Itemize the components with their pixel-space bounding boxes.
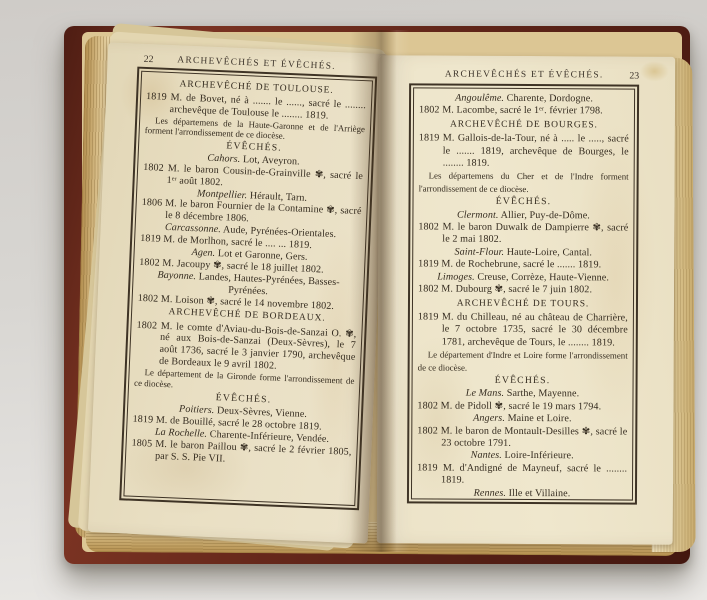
left-text-frame: ARCHEVÊCHÉ DE TOULOUSE.1819 M. de Bovet,… — [119, 67, 377, 511]
diocese-departments: Lot, Aveyron. — [240, 154, 300, 167]
diocese-name: Rennes. — [474, 487, 506, 498]
left-page: 22 ARCHEVÊCHÉS ET ÉVÊCHÉS. ARCHEVÊCHÉ DE… — [88, 42, 388, 543]
right-running-head: ARCHEVÊCHÉS ET ÉVÊCHÉS. — [445, 70, 604, 81]
entry-line: 1819 M. de Rochebrune, sacré le ....... … — [418, 259, 628, 273]
entry-line: 1819 M. Gallois-de-la-Tour, né à ..... l… — [419, 133, 629, 171]
diocese-line: Angoulême. Charente, Dordogne. — [419, 92, 629, 106]
diocese-name: Saint-Flour. — [454, 246, 504, 257]
diocese-name: Angoulême. — [455, 93, 504, 104]
diocese-departments: Allier, Puy-de-Dôme. — [498, 210, 589, 221]
diocese-line: Le Mans. Sarthe, Mayenne. — [417, 388, 627, 402]
diocese-departments: Ille et Villaine. — [506, 487, 570, 498]
entry-line: 1819 M. du Chilleau, né au château de Ch… — [418, 311, 628, 349]
entry-line: 1802 M. Lacombe, sacré le 1ᵉʳ. février 1… — [419, 105, 629, 119]
entry-line: 1805 M. Enoch ✾, sacré le 21 avril 1805. — [417, 499, 627, 500]
diocese-line: Clermont. Allier, Puy-de-Dôme. — [418, 209, 628, 223]
right-text-frame: Angoulême. Charente, Dordogne.1802 M. La… — [407, 83, 639, 504]
diocese-departments: Charente, Dordogne. — [504, 93, 593, 104]
diocese-departments: Loire-Inférieure. — [502, 450, 574, 461]
diocese-departments: Creuse, Corrèze, Haute-Vienne. — [475, 271, 609, 283]
diocese-name: La Rochelle. — [155, 427, 208, 440]
diocese-name: Poitiers. — [179, 404, 215, 416]
photo-background: 22 ARCHEVÊCHÉS ET ÉVÊCHÉS. ARCHEVÊCHÉ DE… — [0, 0, 707, 600]
entry-line: 1802 M. de Pidoll ✾, sacré le 19 mars 17… — [417, 400, 627, 414]
diocese-departments: Haute-Loire, Cantal. — [504, 247, 592, 258]
eveches-heading: ÉVÊCHÉS. — [418, 373, 628, 389]
diocese-line: Limoges. Creuse, Corrèze, Haute-Vienne. — [418, 271, 628, 285]
left-text-block: ARCHEVÊCHÉ DE TOULOUSE.1819 M. de Bovet,… — [123, 71, 373, 506]
note-line: Le département d'Indre et Loire forme l'… — [418, 349, 628, 375]
diocese-departments: Maine et Loire. — [505, 413, 572, 424]
diocese-name: Nantes. — [471, 450, 502, 461]
right-page-number: 23 — [629, 71, 639, 82]
diocese-name: Cahors. — [207, 152, 240, 164]
diocese-name: Limoges. — [437, 271, 475, 282]
right-page: ARCHEVÊCHÉS ET ÉVÊCHÉS. 23 Angoulême. Ch… — [377, 55, 676, 545]
diocese-name: Agen. — [191, 247, 215, 259]
diocese-name: Le Mans. — [466, 388, 504, 399]
diocese-name: Montpellier. — [197, 188, 248, 201]
diocese-name: Bayonne. — [157, 269, 196, 282]
diocese-line: Angers. Maine et Loire. — [417, 413, 627, 427]
diocese-name: Clermont. — [457, 209, 499, 220]
entry-line: 1802 M. le baron de Montault-Desilles ✾,… — [417, 425, 627, 451]
diocese-line: Nantes. Loire-Inférieure. — [417, 450, 627, 464]
entry-line: 1819 M. d'Andigné de Mayneuf, sacré le .… — [417, 462, 627, 488]
left-page-number: 22 — [143, 54, 153, 65]
diocese-line: Rennes. Ille et Villaine. — [417, 487, 627, 501]
eveches-heading: ÉVÊCHÉS. — [418, 195, 628, 211]
right-text-block: Angoulême. Charente, Dordogne.1802 M. La… — [411, 87, 635, 500]
right-running-head-row: ARCHEVÊCHÉS ET ÉVÊCHÉS. 23 — [409, 69, 639, 80]
diocese-departments: Sarthe, Mayenne. — [504, 388, 579, 399]
note-line: Les départemens du Cher et de l'Indre fo… — [419, 170, 629, 196]
diocese-name: Angers. — [473, 413, 505, 424]
section-heading: ARCHEVÊCHÉ DE TOURS. — [418, 296, 628, 313]
entry-line: 1802 M. le baron Duwalk de Dampierre ✾, … — [418, 221, 628, 247]
entry-line: 1802 M. Dubourg ✾, sacré le 7 juin 1802. — [418, 284, 628, 298]
diocese-line: Saint-Flour. Haute-Loire, Cantal. — [418, 246, 628, 260]
section-heading: ARCHEVÊCHÉ DE BOURGES. — [419, 117, 629, 134]
